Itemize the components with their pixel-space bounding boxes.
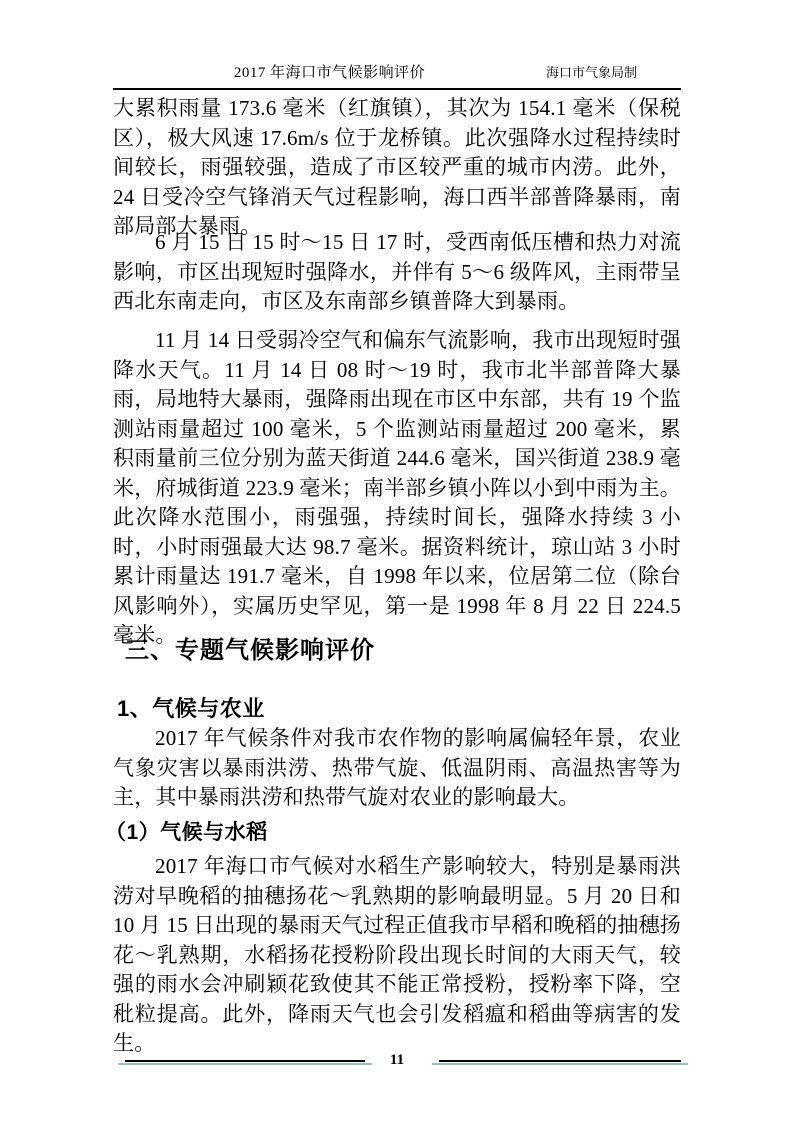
- footer-rule-right: [432, 1060, 688, 1067]
- subsubsection-heading-rice: （1）气候与水稻: [105, 816, 673, 846]
- section-heading: 三、专题气候影响评价: [113, 630, 681, 665]
- paragraph-rainfall-overflow: 大累积雨量 173.6 毫米（红旗镇），其次为 154.1 毫米（保税区），极大…: [113, 94, 681, 242]
- paragraph-november-event: 11 月 14 日受弱冷空气和偏东气流影响，我市出现短时强降水天气。11 月 1…: [113, 326, 681, 651]
- document-header: 2017 年海口市气候影响评价 海口市气象局制: [113, 54, 681, 90]
- subsection-heading-agriculture: 1、气候与农业: [113, 692, 681, 723]
- document-header-issuer: 海口市气象局制: [546, 62, 681, 81]
- paragraph-june-event: 6 月 15 日 15 时～15 日 17 时，受西南低压槽和热力对流影响，市区…: [113, 228, 681, 317]
- document-header-title: 2017 年海口市气候影响评价: [113, 61, 546, 82]
- paragraph-rice: 2017 年海口市气候对水稻生产影响较大，特别是暴雨洪涝对早晚稻的抽穗扬花～乳熟…: [113, 852, 681, 1059]
- document-page: { "header": { "title": "2017 年海口市气候影响评价"…: [0, 0, 794, 1123]
- paragraph-agriculture: 2017 年气候条件对我市农作物的影响属偏轻年景，农业气象灾害以暴雨洪涝、热带气…: [113, 724, 681, 813]
